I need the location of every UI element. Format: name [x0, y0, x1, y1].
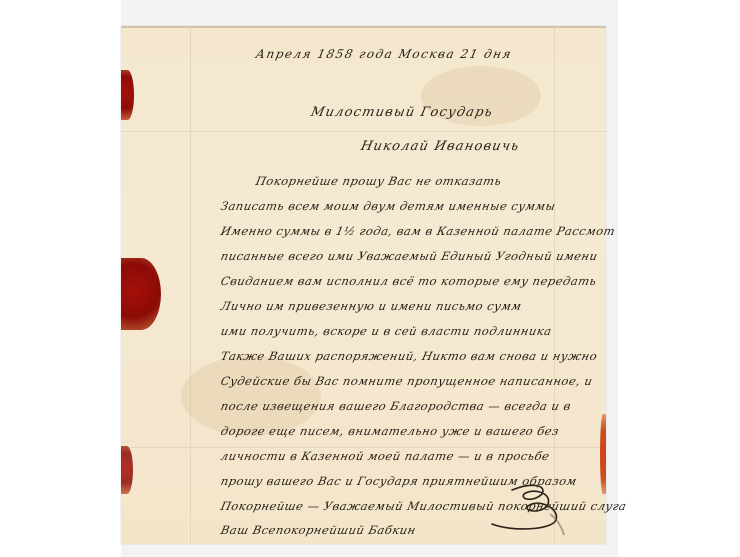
body-line: Покорнейше прошу Вас не отказать	[255, 174, 503, 188]
signature-flourish	[472, 480, 572, 540]
salutation-line-2: Николай Ивановичь	[359, 139, 521, 154]
body-line: Свиданием вам исполнил всё то которые ем…	[220, 274, 598, 288]
body-line: Также Ваших распоряжений, Никто вам снов…	[220, 349, 599, 363]
wax-seal-right	[600, 414, 606, 494]
body-line: Судейские бы Вас помните пропущенное нап…	[220, 374, 595, 388]
body-line: Ваш Всепокорнейший Бабкин	[220, 523, 418, 537]
body-line: ими получить, вскоре и в сей власти подл…	[220, 324, 554, 338]
horizontal-fold-top	[121, 131, 606, 133]
paper-edge	[121, 26, 606, 28]
body-line: Лично им привезенную и имени письмо сумм	[220, 299, 523, 313]
body-line: после извещения вашего Благородства — вс…	[220, 399, 573, 413]
body-line: Записать всем моим двум детям именные су…	[220, 199, 558, 213]
vertical-fold-left	[190, 26, 192, 544]
salutation-line-1: Милостивый Государь	[309, 105, 494, 120]
wax-seal-middle-left	[121, 258, 161, 330]
body-line: личности в Казенной моей палате — и в пр…	[220, 449, 552, 463]
date-line: Апреля 1858 года Москва 21 дня	[255, 47, 514, 61]
wax-seal-upper-left	[121, 70, 134, 120]
body-line: писанные всего ими Уважаемый Единый Угод…	[220, 249, 600, 263]
body-line: Именно суммы в 1½ года, вам в Казенной п…	[220, 224, 617, 238]
wax-seal-lower-left	[121, 446, 133, 494]
body-line: дороге еще писем, внимательно уже и ваше…	[220, 424, 561, 438]
letter-sheet: Апреля 1858 года Москва 21 дня Милостивы…	[121, 26, 606, 544]
